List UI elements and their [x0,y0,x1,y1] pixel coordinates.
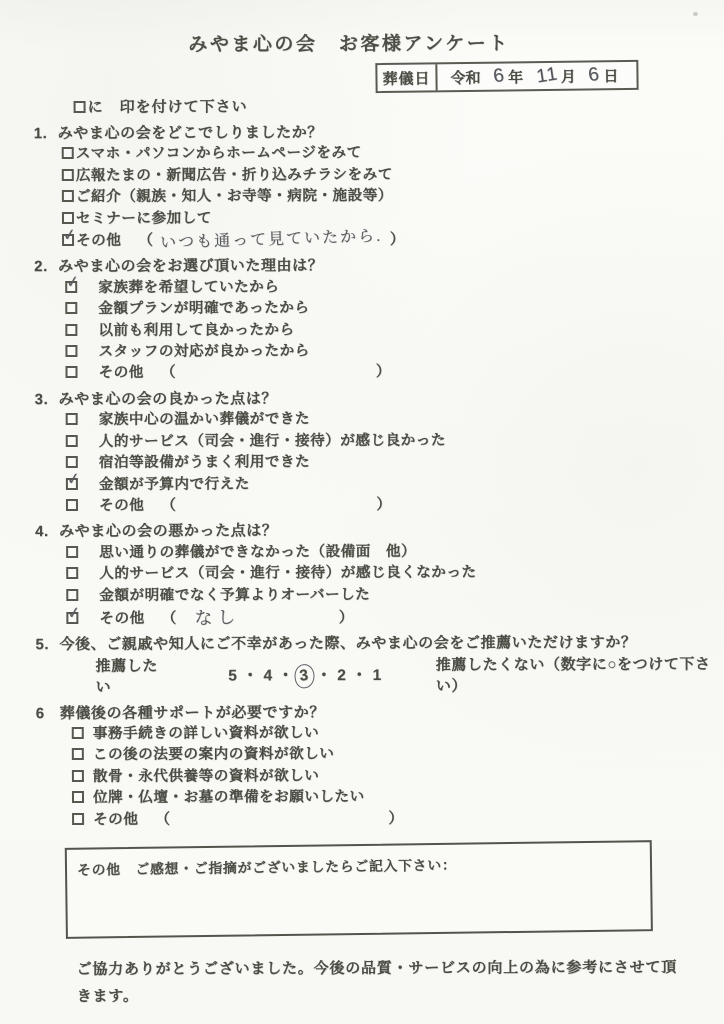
open-paren: （ [162,611,177,627]
day-unit-label: 日 [603,65,618,86]
survey-option[interactable]: ✓その他（なし） [66,605,724,631]
question-heading: 3.みやま心の会の良かった点は？ [35,387,724,411]
survey-option[interactable]: 散骨・永代供養等の資料が欲しい [72,765,724,789]
close-paren: ） [388,810,403,826]
option-label: 事務手続きの詳しい資料が欲しい [93,725,319,742]
option-label: その他 [98,365,143,381]
survey-option[interactable]: この後の法要の案内の資料が欲しい [72,743,724,767]
question-number: 6 [36,703,60,724]
option-label: スタッフの対応が良かったから [98,343,309,360]
question-3: 3.みやま心の会の良かった点は？家族中心の温かい葬儀ができた人的サービス（司会・… [0,387,724,518]
checkbox-icon[interactable] [66,413,78,425]
funeral-date-box: 葬儀日 令和 6 年 11 月 6 日 [375,60,638,93]
checkbox-checked-icon[interactable]: ✓ [66,612,78,624]
rating-right-label: 推薦したくない（数字に○をつけて下さい） [436,653,724,697]
option-label: その他 [93,811,138,827]
option-label: 人的サービス（司会・進行・接待）が感じ良かった [99,432,446,449]
question-heading: 5.今後、ご親戚や知人にご不幸があった際、みやま心の会をご推薦いただけますか？ [35,632,724,656]
option-label: その他 [99,498,144,514]
question-heading: 2.みやま心の会をお選び頂いた理由は？ [34,254,723,278]
open-paren: （ [161,365,176,381]
handwritten-checkmark-icon: ✓ [66,471,82,489]
question-heading: 6葬儀後の各種サポートが必要ですか？ [36,700,724,724]
option-label: 宿泊等設備がうまく利用できた [99,454,310,471]
survey-option[interactable]: スマホ・パソコンからホームページをみて [62,142,723,166]
option-label: スマホ・パソコンからホームページをみて [76,145,362,162]
handwritten-checkmark-icon: ✓ [62,227,78,245]
question-1: 1.みやま心の会をどこでしりましたか？スマホ・パソコンからホームページをみて広報… [0,121,723,253]
page-title: みやま心の会 お客様アンケート [0,0,722,57]
question-number: 2. [34,256,58,277]
handwritten-answer: なし [176,604,339,630]
checkbox-icon[interactable] [72,727,84,739]
answer-blank[interactable] [176,509,376,510]
survey-option[interactable]: その他（） [72,807,724,831]
rating-separator: ・ [351,665,367,686]
rating-separator: ・ [242,666,258,687]
handwritten-month-value: 11 [535,63,560,88]
survey-option[interactable]: 広報たまの・新聞広告・折り込みチラシをみて [62,164,723,188]
option-label: 金額プランが明確であったから [98,300,309,317]
checkbox-icon[interactable] [66,499,78,511]
handwritten-answer: いつも通って見ていたから. [153,226,390,255]
checkbox-icon[interactable] [65,302,77,314]
survey-option[interactable]: 人的サービス（司会・進行・接待）が感じ良かった [66,429,724,453]
month-unit-label: 月 [561,65,576,86]
survey-option[interactable]: スタッフの対応が良かったから [65,340,723,364]
option-label: セミナーに参加して [76,210,212,226]
checkbox-icon[interactable] [66,435,78,447]
checkbox-icon[interactable] [65,366,77,378]
survey-option[interactable]: 宿泊等設備がうまく利用できた [66,451,724,475]
footer-line: ご協力ありがとうございました。今後の品質・サービスの向上の為に参考にさせて頂 [77,954,717,983]
checkbox-icon[interactable] [62,169,74,181]
option-label: この後の法要の案内の資料が欲しい [93,746,335,763]
scan-content: みやま心の会 お客様アンケート 葬儀日 令和 6 年 11 月 6 日 に 印を… [0,0,724,1024]
question-text: 葬儀後の各種サポートが必要ですか？ [60,704,325,722]
checkbox-icon[interactable] [62,212,74,224]
survey-option[interactable]: 人的サービス（司会・進行・接待）が感じ良くなかった [66,562,724,586]
close-paren: ） [376,364,391,380]
checkbox-icon[interactable] [72,770,84,782]
survey-option[interactable]: 位牌・仏壇・お墓の準備をお願いしたい [72,786,724,810]
rating-left-label: 推薦したい [95,655,169,698]
survey-option[interactable]: その他（） [65,361,723,385]
checkbox-icon[interactable] [66,567,78,579]
option-label: 散骨・永代供養等の資料が欲しい [93,768,319,785]
rating-scale: 5・4・3・2・1 [226,664,384,689]
question-text: みやま心の会の悪かった点は？ [59,523,277,541]
question-text: みやま心の会をお選び頂いた理由は？ [58,258,323,276]
option-label: 思い通りの葬儀ができなかった（設備面 他） [99,544,416,561]
checkbox-icon[interactable] [72,748,84,760]
question-heading: 4.みやま心の会の悪かった点は？ [35,519,724,543]
survey-option[interactable]: ご紹介（親族・知人・お寺等・病院・施設等） [62,185,723,209]
answer-blank[interactable] [176,376,376,377]
open-paren: （ [155,811,170,827]
question-4: 4.みやま心の会の悪かった点は？思い通りの葬儀ができなかった（設備面 他）人的サ… [0,519,724,631]
answer-blank[interactable] [170,823,388,824]
handwritten-year-value: 6 [492,65,507,88]
question-text: 今後、ご親戚や知人にご不幸があった際、みやま心の会をご推薦いただけますか？ [59,634,636,653]
checkbox-icon[interactable] [66,589,78,601]
era-label: 令和 [450,66,480,87]
question-5: 5.今後、ご親戚や知人にご不幸があった際、みやま心の会をご推薦いただけますか？推… [0,632,724,699]
rating-number-circled[interactable]: 3 [293,663,316,690]
footer-line: きます。 [77,981,717,1010]
rating-number[interactable]: 5 [226,666,239,687]
comments-box-label: その他 ご感想・ご指摘がございましたらご記入下さい： [77,851,640,878]
checkbox-icon[interactable] [66,546,78,558]
close-paren: ） [339,610,354,626]
question-text: みやま心の会をどこでしりましたか？ [58,124,323,142]
checkbox-checked-icon[interactable]: ✓ [62,234,74,246]
question-heading: 1.みやま心の会をどこでしりましたか？ [34,121,723,145]
rating-separator: ・ [316,666,332,687]
option-label: 位牌・仏壇・お墓の準備をお願いしたい [93,789,365,806]
question-number: 5. [35,634,59,655]
comments-box[interactable]: その他 ご感想・ご指摘がございましたらご記入下さい： [65,840,653,939]
scanned-survey-page: みやま心の会 お客様アンケート 葬儀日 令和 6 年 11 月 6 日 に 印を… [0,0,724,1024]
option-label: その他 [76,233,121,249]
question-number: 4. [35,521,59,542]
rating-number[interactable]: 1 [371,665,384,686]
checkbox-checked-icon[interactable]: ✓ [65,281,77,293]
checkbox-icon [74,101,86,113]
option-label: 金額が明確でなく予算よりオーバーした [99,587,370,604]
instruction-text: に 印を付けて下さい [88,98,248,116]
close-paren: ） [390,232,405,248]
open-paren: （ [138,233,153,249]
rating-number[interactable]: 4 [261,666,274,687]
rating-separator: ・ [278,666,294,687]
scan-artifact [693,12,698,16]
question-number: 3. [35,389,59,410]
option-label: 家族葬を希望していたから [98,279,279,296]
question-6: 6葬儀後の各種サポートが必要ですか？事務手続きの詳しい資料が欲しいこの後の法要の… [1,700,724,831]
option-label: 広報たまの・新聞広告・折り込みチラシをみて [76,167,393,184]
option-label: 以前も利用して良かったから [98,322,294,339]
question-2: 2.みやま心の会をお選び頂いた理由は？✓家族葬を希望していたから金額プランが明確… [0,254,724,385]
option-label: その他 [99,611,144,627]
survey-option[interactable]: ✓その他（いつも通って見ていたから.） [62,228,723,253]
checkbox-icon[interactable] [65,324,77,336]
rating-row: 推薦したい5・4・3・2・1推薦したくない（数字に○をつけて下さい） [95,653,724,698]
option-label: 人的サービス（司会・進行・接待）が感じ良くなかった [99,565,476,582]
handwritten-checkmark-icon: ✓ [65,274,81,292]
handwritten-day-value: 6 [587,64,602,87]
option-label: 金額が予算内で行えた [99,476,250,493]
close-paren: ） [376,497,391,513]
option-label: 家族中心の温かい葬儀ができた [99,411,310,428]
checkbox-icon[interactable] [65,345,77,357]
survey-option[interactable]: その他（） [66,494,724,518]
survey-option[interactable]: ✓家族葬を希望していたから [65,276,723,300]
checkbox-checked-icon[interactable]: ✓ [66,477,78,489]
survey-option[interactable]: セミナーに参加して [62,206,723,230]
survey-option[interactable]: ✓金額が予算内で行えた [66,472,724,496]
handwritten-checkmark-icon: ✓ [66,605,82,623]
year-unit-label: 年 [508,66,523,87]
checkbox-icon[interactable] [62,190,74,202]
survey-option[interactable]: 事務手続きの詳しい資料が欲しい [72,722,724,746]
survey-option[interactable]: 思い通りの葬儀ができなかった（設備面 他） [66,540,724,564]
footer-note: ご協力ありがとうございました。今後の品質・サービスの向上の為に参考にさせて頂 き… [77,954,717,1010]
question-number: 1. [34,123,58,144]
questions: 1.みやま心の会をどこでしりましたか？スマホ・パソコンからホームページをみて広報… [0,121,724,832]
survey-option[interactable]: 金額プランが明確であったから [65,297,723,321]
question-text: みやま心の会の良かった点は？ [59,390,277,408]
checkbox-icon[interactable] [72,791,84,803]
option-label: ご紹介（親族・知人・お寺等・病院・施設等） [76,188,393,205]
survey-option[interactable]: 家族中心の温かい葬儀ができた [66,408,724,432]
open-paren: （ [161,498,176,514]
survey-option[interactable]: 以前も利用して良かったから [65,318,723,342]
funeral-date-label: 葬儀日 [377,64,437,91]
instruction-note: に 印を付けて下さい [74,94,723,117]
checkbox-icon[interactable] [72,813,84,825]
survey-option[interactable]: 金額が明確でなく予算よりオーバーした [66,583,724,607]
rating-number[interactable]: 2 [335,666,348,687]
checkbox-icon[interactable] [62,147,74,159]
checkbox-icon[interactable] [66,456,78,468]
